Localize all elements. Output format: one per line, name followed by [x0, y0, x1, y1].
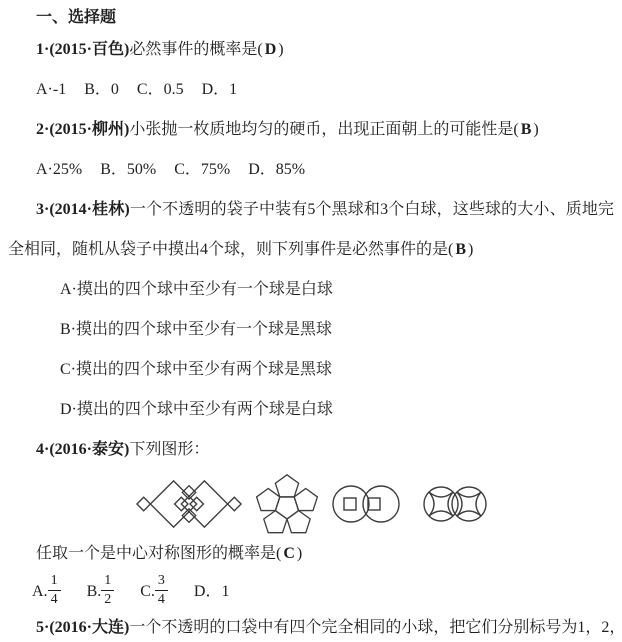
option-d-label: D．	[194, 583, 222, 600]
question-3: 3·(2014·桂林)一个不透明的袋子中装有5个黑球和3个白球，这些球的大小、质…	[8, 190, 614, 270]
numerator: 3	[155, 573, 168, 591]
option-b-label: B.	[87, 583, 102, 600]
question-3-close: )	[468, 241, 473, 258]
question-1-prefix: 1·(2015·百色)	[36, 41, 129, 58]
question-5-stem: 一个不透明的口袋中有四个完全相同的小球，把它们分别标号为1，2，	[129, 619, 622, 636]
question-4-prefix: 4·(2016·泰安)	[36, 441, 129, 458]
option-a: A·-1	[36, 81, 66, 98]
denominator: 4	[48, 591, 61, 607]
question-4-substem: 任取一个是中心对称图形的概率是(C)	[8, 538, 614, 570]
fraction: 14	[48, 573, 61, 607]
option-d: D．1	[194, 583, 230, 600]
question-4-stem: 下列图形：	[129, 441, 209, 458]
option-a: A.14	[32, 583, 61, 600]
option-c-label: C.	[140, 583, 155, 600]
numerator: 1	[48, 573, 61, 591]
option-c: C.34	[140, 583, 168, 600]
option-b: B．0	[84, 81, 119, 98]
question-4-options: A.14 B.12 C.34 D．1	[8, 570, 614, 614]
question-5-prefix: 5·(2016·大连)	[36, 619, 129, 636]
option-b: B．50%	[100, 161, 156, 178]
question-3-option-c: C·摸出的四个球中至少有两个球是黑球	[8, 350, 614, 390]
coin-circles	[333, 486, 399, 522]
small-diamonds	[137, 486, 241, 523]
question-2-close: )	[533, 121, 538, 138]
option-c: C．0.5	[137, 81, 184, 98]
pentagon-flower-figure	[255, 473, 319, 535]
question-4: 4·(2016·泰安)下列图形：	[8, 430, 614, 470]
option-c: C．75%	[174, 161, 230, 178]
question-2-prefix: 2·(2015·柳州)	[36, 121, 129, 138]
question-1-answer: D	[263, 41, 279, 58]
question-3-answer: B	[453, 241, 468, 258]
question-5: 5·(2016·大连)一个不透明的口袋中有四个完全相同的小球，把它们分别标号为1…	[8, 614, 614, 642]
question-3-option-d: D·摸出的四个球中至少有两个球是白球	[8, 390, 614, 430]
question-1-close: )	[278, 41, 283, 58]
section-title: 一、选择题	[8, 6, 614, 30]
large-diamonds	[150, 481, 227, 527]
question-1: 1·(2015·百色)必然事件的概率是(D)	[8, 30, 614, 70]
circles-with-concave-squares-figure	[423, 478, 487, 530]
question-2: 2·(2015·柳州)小张抛一枚质地均匀的硬币，出现正面朝上的可能性是(B)	[8, 110, 614, 150]
option-d: D．1	[202, 81, 238, 98]
question-1-stem: 必然事件的概率是(	[129, 41, 262, 58]
question-4-substem-text: 任取一个是中心对称图形的概率是(	[36, 545, 281, 562]
square-holes	[344, 498, 380, 510]
question-3-prefix: 3·(2014·桂林)	[36, 201, 130, 218]
question-2-answer: B	[519, 121, 534, 138]
fraction: 34	[155, 573, 168, 607]
coins-with-square-holes-figure	[331, 478, 411, 530]
question-3-option-b: B·摸出的四个球中至少有一个球是黑球	[8, 310, 614, 350]
option-a: A·25%	[36, 161, 82, 178]
option-d-value: 1	[221, 583, 229, 600]
question-4-answer: C	[281, 545, 297, 562]
question-3-option-a: A·摸出的四个球中至少有一个球是白球	[8, 270, 614, 310]
question-4-figures	[8, 470, 614, 538]
question-2-stem: 小张抛一枚质地均匀的硬币，出现正面朝上的可能性是(	[129, 121, 518, 138]
question-1-options: A·-1B．0C．0.5D．1	[8, 70, 614, 110]
option-a-label: A.	[32, 583, 48, 600]
option-d: D．85%	[248, 161, 305, 178]
fraction: 12	[101, 573, 114, 607]
numerator: 1	[101, 573, 114, 591]
denominator: 4	[155, 591, 168, 607]
worksheet-page: 一、选择题 1·(2015·百色)必然事件的概率是(D) A·-1B．0C．0.…	[0, 0, 622, 642]
option-b: B.12	[87, 583, 115, 600]
pentagons	[257, 475, 318, 533]
overlapping-diamonds-figure	[135, 476, 243, 532]
denominator: 2	[101, 591, 114, 607]
question-4-close: )	[297, 545, 302, 562]
question-2-options: A·25%B．50%C．75%D．85%	[8, 150, 614, 190]
